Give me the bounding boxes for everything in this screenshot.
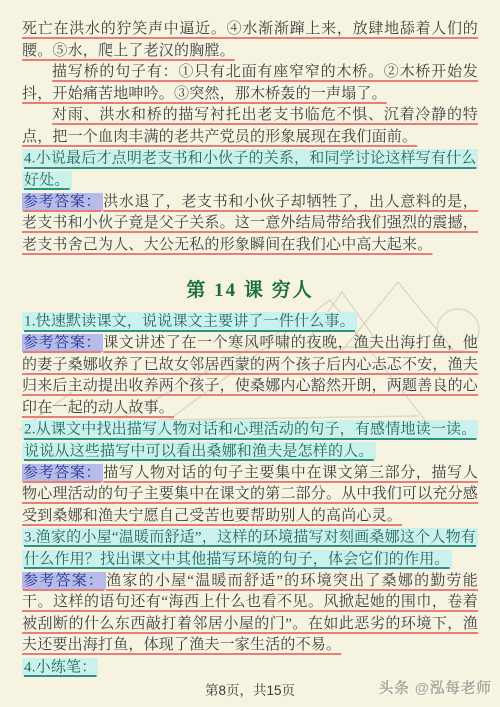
answer-continuation-paragraph: 描写桥的句子有：①只有北面有座窄窄的木桥。②木桥开始发抖，开始痛苦地呻吟。③突然… (22, 62, 478, 105)
question-paragraph: 3.渔家的小屋“温暖而舒适”，这样的环境描写对刻画桑娜这个人物有什么作用？找出课… (22, 527, 478, 570)
question-text: 2.从课文中找出描写人物对话和心理活动的句子，有感情地读一读。说说从这些描写中可… (22, 420, 478, 461)
question-paragraph: 2.从课文中找出描写人物对话和心理活动的句子，有感情地读一读。说说从这些描写中可… (22, 420, 478, 463)
answer-paragraph: 参考答案：渔家的小屋“温暖而舒适”的环境突出了桑娜的勤劳能干。这样的语句还有“海… (22, 571, 478, 657)
question-paragraph: 4.小练笔： (22, 657, 478, 679)
answer-text: 对雨、洪水和桥的描写衬托出老支书临危不惧、沉着冷静的特点，把一个血肉丰满的老共产… (22, 107, 478, 145)
page-indicator: 第8页，共15页 (205, 679, 295, 699)
question-text: 4.小说最后才点明老支书和小伙子的关系，和同学讨论这样写有什么好处。 (22, 149, 478, 190)
answer-label: 参考答案： (22, 334, 103, 352)
watermark-credit: 头条 @泓每老师 (379, 677, 492, 698)
answer-paragraph: 参考答案：洪水退了，老支书和小伙子却牺牲了，出人意料的是，老支书和小伙子竟是父子… (22, 192, 478, 257)
question-paragraph: 1.快速默读课文，说说课文主要讲了一件什么事。 (22, 312, 478, 334)
answer-paragraph: 参考答案：描写人物对话的句子主要集中在课文第三部分，描写人物心理活动的句子主要集… (22, 463, 478, 528)
answer-label: 参考答案： (22, 572, 106, 590)
answer-paragraph: 参考答案：课文讲述了在一个寒风呼啸的夜晚，渔夫出海打鱼，他的妻子桑娜收养了已故女… (22, 333, 478, 419)
question-text: 4.小练笔： (22, 658, 98, 677)
question-text: 1.快速默读课文，说说课文主要讲了一件什么事。 (22, 312, 357, 331)
answer-text: 描写桥的句子有：①只有北面有座窄窄的木桥。②木桥开始发抖，开始痛苦地呻吟。③突然… (22, 64, 478, 102)
worksheet-page: 死亡在洪水的狞笑声中逼近。④水渐渐蹿上来，放肆地舔着人们的腰。⑤水，爬上了老汉的… (0, 0, 500, 707)
answer-text: 死亡在洪水的狞笑声中逼近。④水渐渐蹿上来，放肆地舔着人们的腰。⑤水，爬上了老汉的… (22, 21, 478, 59)
page-body: 死亡在洪水的狞笑声中逼近。④水渐渐蹿上来，放肆地舔着人们的腰。⑤水，爬上了老汉的… (22, 19, 478, 679)
answer-continuation-paragraph: 死亡在洪水的狞笑声中逼近。④水渐渐蹿上来，放肆地舔着人们的腰。⑤水，爬上了老汉的… (22, 19, 478, 62)
lesson-title: 第 14 课 穷人 (22, 278, 478, 303)
answer-label: 参考答案： (22, 464, 103, 482)
answer-continuation-paragraph: 对雨、洪水和桥的描写衬托出老支书临危不惧、沉着冷静的特点，把一个血肉丰满的老共产… (22, 105, 478, 148)
question-text: 3.渔家的小屋“温暖而舒适”，这样的环境描写对刻画桑娜这个人物有什么作用？找出课… (22, 528, 478, 569)
answer-label: 参考答案： (22, 193, 103, 211)
question-paragraph: 4.小说最后才点明老支书和小伙子的关系，和同学讨论这样写有什么好处。 (22, 149, 478, 192)
page-footer: 第8页，共15页 头条 @泓每老师 (0, 681, 500, 703)
